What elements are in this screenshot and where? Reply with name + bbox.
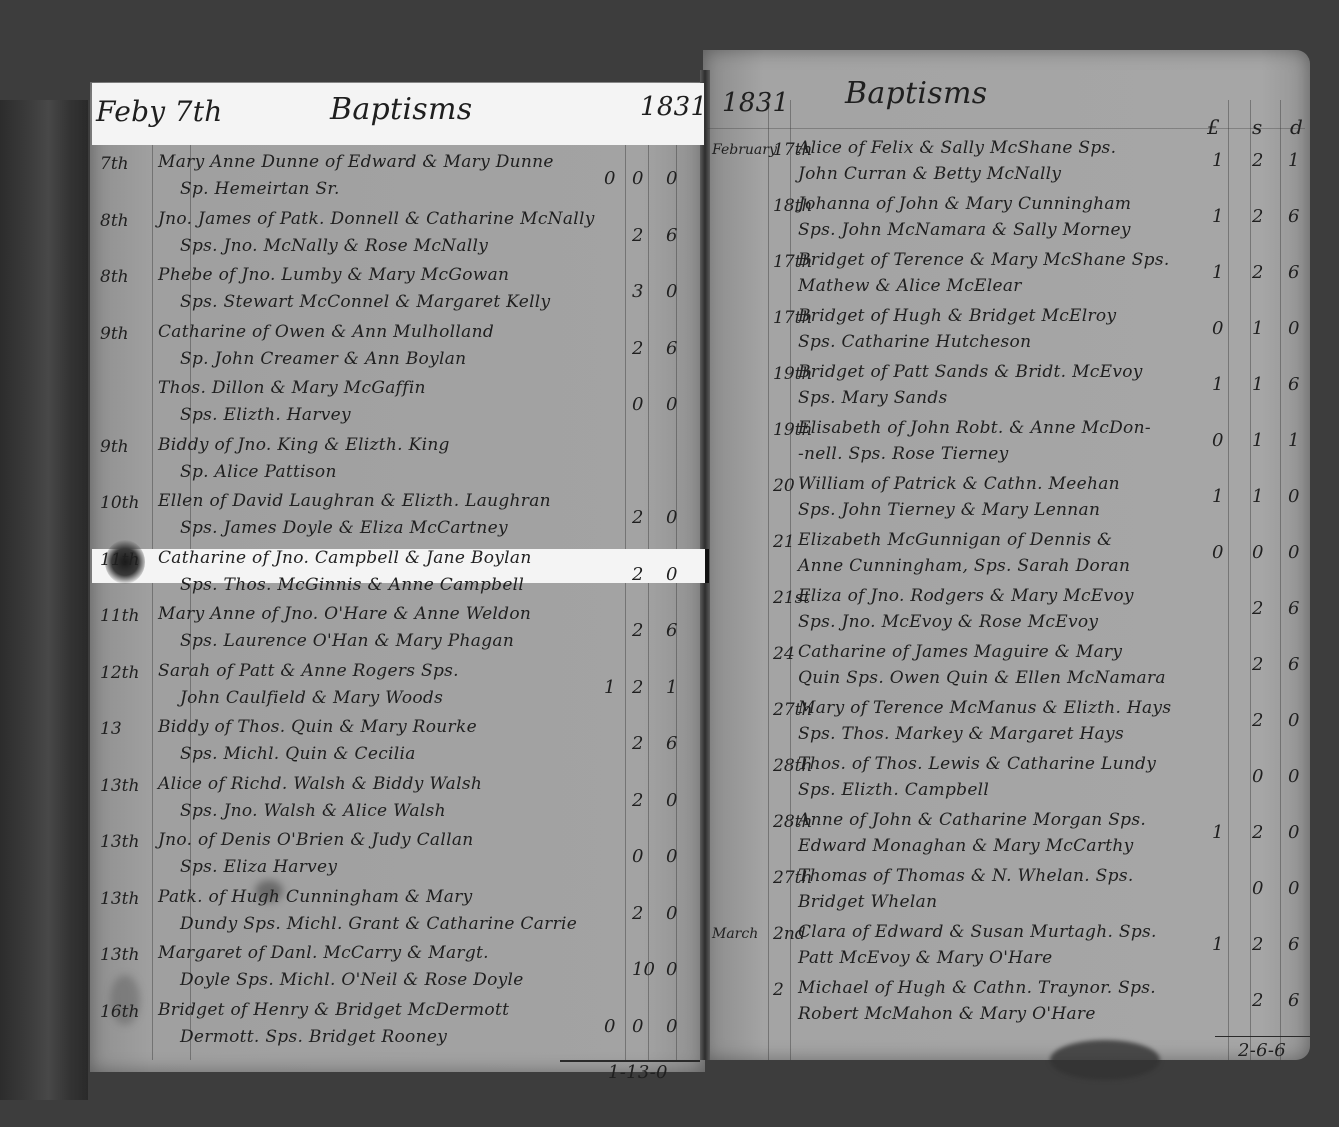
entry-amount: 0 (604, 168, 615, 189)
entry-line: William of Patrick & Cathn. Meehan (798, 474, 1120, 494)
entry-amount: 6 (1288, 990, 1299, 1011)
entry-amount: 2 (632, 564, 643, 585)
entry-line: Catharine of James Maguire & Mary (798, 642, 1122, 662)
entry-line: Sps. James Doyle & Eliza McCartney (180, 518, 508, 538)
entry-amount: 6 (666, 225, 677, 246)
entry-amount: 6 (1288, 654, 1299, 675)
entry-date: 10th (100, 493, 139, 513)
entry-line: Bridget Whelan (798, 892, 937, 912)
entry-date: 8th (100, 267, 129, 287)
entry-amount: 0 (666, 564, 677, 585)
entry-line: Mary Anne of Jno. O'Hare & Anne Weldon (158, 604, 531, 624)
entry-line: Jno. of Denis O'Brien & Judy Callan (158, 830, 474, 850)
entry-date: 8th (100, 211, 129, 231)
entry-line: Eliza of Jno. Rodgers & Mary McEvoy (798, 586, 1134, 606)
entry-line: Robert McMahon & Mary O'Hare (798, 1004, 1096, 1024)
entry-date: 13th (100, 889, 139, 909)
entry-line: Sps. Michl. Quin & Cecilia (180, 744, 416, 764)
right-page-total: 2-6-6 (1238, 1040, 1286, 1061)
entry-line: Edward Monaghan & Mary McCarthy (798, 836, 1134, 856)
entry-line: Bridget of Patt Sands & Bridt. McEvoy (798, 362, 1143, 382)
right-header-year: 1831 (722, 88, 789, 118)
entry-amount: 0 (1288, 542, 1299, 563)
entry-amount: 2 (1252, 262, 1263, 283)
entry-amount: 2 (1252, 934, 1263, 955)
entry-line: Biddy of Thos. Quin & Mary Rourke (158, 717, 477, 737)
entry-line: Sps. Eliza Harvey (180, 857, 337, 877)
entry-line: Dundy Sps. Michl. Grant & Catharine Carr… (180, 914, 577, 934)
entry-amount: 0 (666, 846, 677, 867)
entry-amount: 0 (1288, 318, 1299, 339)
entry-line: Catharine of Owen & Ann Mulholland (158, 322, 494, 342)
entry-line: Sp. John Creamer & Ann Boylan (180, 349, 466, 369)
entry-line: Phebe of Jno. Lumby & Mary McGowan (158, 265, 509, 285)
entry-date: 13th (100, 832, 139, 852)
entry-amount: 1 (666, 677, 677, 698)
entry-month: March (712, 926, 758, 942)
entry-line: Thos. of Thos. Lewis & Catharine Lundy (798, 754, 1156, 774)
entry-amount: 1 (1212, 150, 1223, 171)
page-tear (1050, 1040, 1160, 1080)
entry-amount: 2 (1252, 710, 1263, 731)
entry-line: Johanna of John & Mary Cunningham (798, 194, 1131, 214)
entry-amount: 2 (1252, 598, 1263, 619)
amount-rule (648, 140, 649, 1060)
entry-amount: 0 (1252, 542, 1263, 563)
entry-amount: 0 (1288, 710, 1299, 731)
entry-line: Margaret of Danl. McCarry & Margt. (158, 943, 489, 963)
entry-line: Sps. Jno. Walsh & Alice Walsh (180, 801, 446, 821)
entry-date: 11th (100, 550, 139, 570)
entry-amount: 1 (1252, 430, 1263, 451)
entry-amount: 2 (1252, 206, 1263, 227)
entry-amount: 6 (1288, 374, 1299, 395)
margin-rule (152, 140, 153, 1060)
entry-amount: 2 (1252, 654, 1263, 675)
entry-amount: 2 (1252, 990, 1263, 1011)
entry-line: Mary Anne Dunne of Edward & Mary Dunne (158, 152, 554, 172)
entry-date: 2 (773, 980, 784, 1000)
entry-amount: 1 (1212, 486, 1223, 507)
entry-line: Bridget of Hugh & Bridget McElroy (798, 306, 1116, 326)
entry-amount: 1 (1212, 822, 1223, 843)
entry-line: -nell. Sps. Rose Tierney (798, 444, 1009, 464)
entry-line: Bridget of Henry & Bridget McDermott (158, 1000, 509, 1020)
entry-date: 13 (100, 719, 122, 739)
entry-line: Alice of Felix & Sally McShane Sps. (798, 138, 1116, 158)
entry-line: Michael of Hugh & Cathn. Traynor. Sps. (798, 978, 1156, 998)
entry-amount: 0 (632, 394, 643, 415)
entry-line: Mathew & Alice McElear (798, 276, 1022, 296)
entry-line: Clara of Edward & Susan Murtagh. Sps. (798, 922, 1157, 942)
entry-line: Sps. John McNamara & Sally Morney (798, 220, 1131, 240)
entry-month: February (712, 142, 777, 158)
entry-amount: 1 (1288, 430, 1299, 451)
margin-rule (768, 100, 769, 1060)
entry-amount: 0 (1212, 542, 1223, 563)
entry-line: Bridget of Terence & Mary McShane Sps. (798, 250, 1170, 270)
amount-rule (1280, 100, 1281, 1060)
entry-line: Dermott. Sps. Bridget Rooney (180, 1027, 447, 1047)
entry-date: 21 (773, 532, 795, 552)
entry-amount: 0 (1288, 878, 1299, 899)
entry-amount: 6 (1288, 934, 1299, 955)
entry-line: Anne of John & Catharine Morgan Sps. (798, 810, 1146, 830)
entry-line: Mary of Terence McManus & Elizth. Hays (798, 698, 1171, 718)
entry-line: John Curran & Betty McNally (798, 164, 1061, 184)
entry-date: 7th (100, 154, 129, 174)
amount-rule (1250, 100, 1251, 1060)
entry-amount: 1 (1212, 374, 1223, 395)
left-header-title: Baptisms (330, 92, 472, 127)
entry-amount: 6 (666, 338, 677, 359)
left-header-date: Feby 7th (96, 95, 223, 128)
left-page-total: 1-13-0 (608, 1062, 668, 1083)
entry-amount: 6 (1288, 206, 1299, 227)
entry-line: Patt McEvoy & Mary O'Hare (798, 948, 1053, 968)
entry-amount: 0 (1288, 766, 1299, 787)
entry-amount: 2 (632, 903, 643, 924)
left-header-year: 1831 (640, 92, 707, 122)
entry-amount: 6 (1288, 598, 1299, 619)
entry-date: 13th (100, 945, 139, 965)
entry-amount: 2 (632, 733, 643, 754)
entry-amount: 0 (1288, 822, 1299, 843)
entry-amount: 0 (632, 168, 643, 189)
entry-amount: 0 (666, 1016, 677, 1037)
entry-amount: 0 (1212, 430, 1223, 451)
entry-amount: 0 (666, 790, 677, 811)
entry-amount: 1 (604, 677, 615, 698)
entry-amount: 2 (632, 507, 643, 528)
entry-line: Sps. Elizth. Harvey (180, 405, 351, 425)
entry-line: Alice of Richd. Walsh & Biddy Walsh (158, 774, 482, 794)
entry-amount: 0 (666, 903, 677, 924)
entry-amount: 1 (1252, 486, 1263, 507)
entry-amount: 0 (666, 394, 677, 415)
entry-amount: 2 (1252, 822, 1263, 843)
entry-date: 24 (773, 644, 795, 664)
entry-amount: 1 (1212, 206, 1223, 227)
entry-line: Elisabeth of John Robt. & Anne McDon- (798, 418, 1151, 438)
entry-line: Elizabeth McGunnigan of Dennis & (798, 530, 1112, 550)
entry-line: Sps. Elizth. Campbell (798, 780, 989, 800)
entry-line: John Caulfield & Mary Woods (180, 688, 443, 708)
entry-amount: 1 (1212, 262, 1223, 283)
entry-amount: 0 (604, 1016, 615, 1037)
right-total-rule (1215, 1036, 1310, 1037)
entry-line: Sps. Mary Sands (798, 388, 948, 408)
entry-amount: 2 (632, 225, 643, 246)
entry-line: Sps. Thos. McGinnis & Anne Campbell (180, 575, 524, 595)
entry-date: 13th (100, 776, 139, 796)
entry-amount: 1 (1288, 150, 1299, 171)
book-binding (0, 100, 88, 1100)
entry-line: Thomas of Thomas & N. Whelan. Sps. (798, 866, 1134, 886)
entry-date: 16th (100, 1002, 139, 1022)
entry-amount: 1 (1252, 374, 1263, 395)
entry-line: Doyle Sps. Michl. O'Neil & Rose Doyle (180, 970, 524, 990)
entry-amount: 0 (666, 281, 677, 302)
entry-date: 11th (100, 606, 139, 626)
entry-line: Ellen of David Laughran & Elizth. Laughr… (158, 491, 551, 511)
entry-amount: 6 (666, 733, 677, 754)
entry-amount: 2 (632, 790, 643, 811)
highlight-edge-marker (705, 549, 709, 583)
entry-date: 12th (100, 663, 139, 683)
entry-amount: 0 (1252, 878, 1263, 899)
entry-line: Anne Cunningham, Sps. Sarah Doran (798, 556, 1130, 576)
entry-amount: 0 (666, 168, 677, 189)
entry-line: Sps. John Tierney & Mary Lennan (798, 500, 1100, 520)
entry-line: Quin Sps. Owen Quin & Ellen McNamara (798, 668, 1166, 688)
margin-rule (790, 100, 791, 1060)
entry-amount: 0 (666, 507, 677, 528)
entry-amount: 6 (666, 620, 677, 641)
entry-date: 20 (773, 476, 795, 496)
entry-line: Thos. Dillon & Mary McGaffin (158, 378, 426, 398)
entry-amount: 0 (632, 1016, 643, 1037)
entry-amount: 0 (1252, 766, 1263, 787)
entry-line: Patk. of Hugh Cunningham & Mary (158, 887, 473, 907)
entry-line: Catharine of Jno. Campbell & Jane Boylan (158, 548, 532, 568)
entry-amount: 2 (632, 677, 643, 698)
entry-line: Sp. Hemeirtan Sr. (180, 179, 340, 199)
entry-amount: 2 (632, 338, 643, 359)
entry-amount: 1 (1212, 934, 1223, 955)
entry-line: Sps. Thos. Markey & Margaret Hays (798, 724, 1124, 744)
entry-amount: 0 (1288, 486, 1299, 507)
entry-line: Sp. Alice Pattison (180, 462, 337, 482)
entry-amount: 1 (1252, 318, 1263, 339)
pounds-column-header: £ (1207, 115, 1220, 139)
entry-line: Biddy of Jno. King & Elizth. King (158, 435, 450, 455)
amount-rule (625, 140, 626, 1060)
entry-line: Sps. Catharine Hutcheson (798, 332, 1031, 352)
entry-amount: 2 (632, 620, 643, 641)
entry-line: Sps. Laurence O'Han & Mary Phagan (180, 631, 514, 651)
entry-amount: 0 (666, 959, 677, 980)
entry-amount: 6 (1288, 262, 1299, 283)
entry-amount: 0 (1212, 318, 1223, 339)
entry-date: 9th (100, 437, 129, 457)
right-header-title: Baptisms (845, 76, 987, 111)
shillings-column-header: s (1252, 115, 1263, 139)
entry-amount: 10 (632, 959, 655, 980)
entry-line: Sps. Stewart McConnel & Margaret Kelly (180, 292, 550, 312)
amount-rule (1228, 100, 1229, 1060)
pence-column-header: d (1290, 115, 1303, 139)
entry-amount: 3 (632, 281, 643, 302)
entry-line: Sps. Jno. McEvoy & Rose McEvoy (798, 612, 1098, 632)
entry-amount: 0 (632, 846, 643, 867)
entry-line: Sarah of Patt & Anne Rogers Sps. (158, 661, 459, 681)
entry-line: Jno. James of Patk. Donnell & Catharine … (158, 209, 595, 229)
entry-line: Sps. Jno. McNally & Rose McNally (180, 236, 488, 256)
entry-amount: 2 (1252, 150, 1263, 171)
entry-date: 9th (100, 324, 129, 344)
